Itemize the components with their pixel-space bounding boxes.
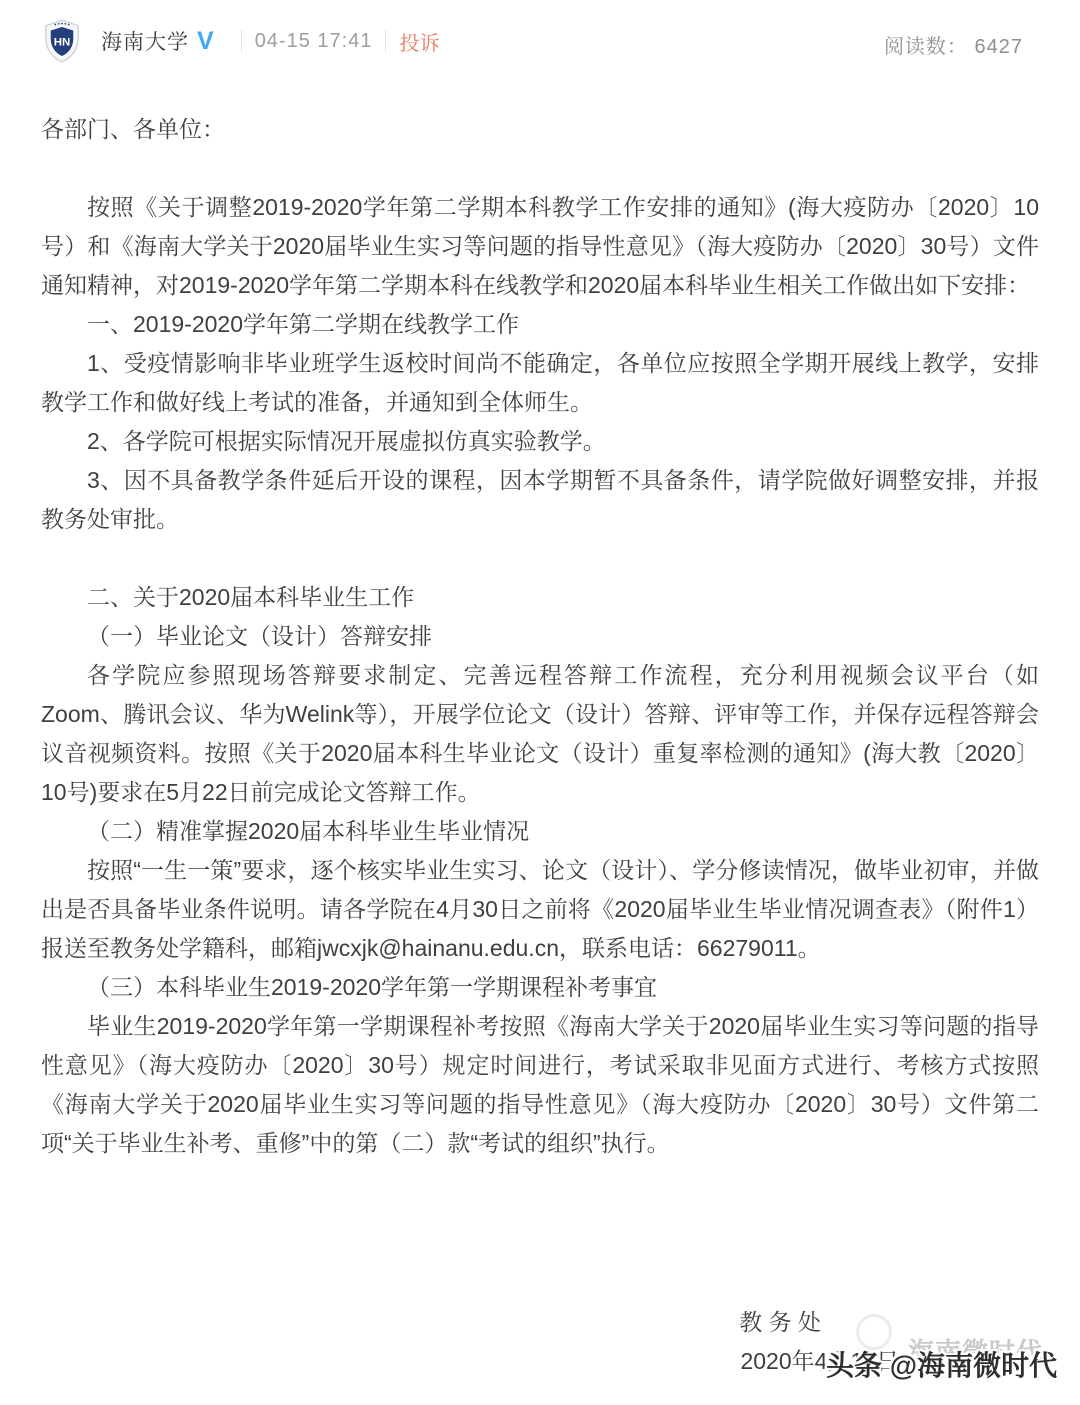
university-shield-icon: HN bbox=[43, 18, 81, 64]
read-count-value: 6427 bbox=[975, 36, 1024, 58]
report-link[interactable]: 投诉 bbox=[399, 27, 439, 56]
subsection-heading: （三）本科毕业生2019-2020学年第一学期课程补考事宜 bbox=[41, 968, 1039, 1007]
header-divider bbox=[241, 30, 242, 52]
paragraph: 按照《关于调整2019-2020学年第二学期本科教学工作安排的通知》(海大疫防办… bbox=[41, 188, 1039, 305]
account-logo[interactable]: HN bbox=[43, 18, 81, 64]
salutation: 各部门、各单位： bbox=[41, 110, 1039, 149]
signature-department: 教 务 处 bbox=[41, 1303, 1039, 1342]
subsection-heading: （一）毕业论文（设计）答辩安排 bbox=[41, 617, 1039, 656]
account-name[interactable]: 海南大学 bbox=[101, 26, 189, 56]
read-count-label: 阅读数： bbox=[884, 36, 968, 58]
publish-timestamp: 04-15 17:41 bbox=[255, 30, 373, 53]
paragraph: 2、各学院可根据实际情况开展虚拟仿真实验教学。 bbox=[41, 422, 1039, 461]
paragraph: 按照“一生一策”要求，逐个核实毕业生实习、论文（设计）、学分修读情况，做毕业初审… bbox=[41, 851, 1039, 968]
paragraph: 1、受疫情影响非毕业班学生返校时间尚不能确定，各单位应按照全学期开展线上教学，安… bbox=[41, 344, 1039, 422]
article-body: 各部门、各单位： 按照《关于调整2019-2020学年第二学期本科教学工作安排的… bbox=[41, 110, 1039, 1381]
paragraph: 毕业生2019-2020学年第一学期课程补考按照《海南大学关于2020届毕业生实… bbox=[41, 1007, 1039, 1163]
section-heading-2: 二、关于2020届本科毕业生工作 bbox=[41, 578, 1039, 617]
article-page: HN 海南大学 V 04-15 17:41 投诉 阅读数： 6427 各部门、各… bbox=[0, 0, 1080, 1405]
paragraph: 3、因不具备教学条件延后开设的课程，因本学期暂不具备条件，请学院做好调整安排，并… bbox=[41, 461, 1039, 539]
article-header: HN 海南大学 V 04-15 17:41 投诉 阅读数： 6427 bbox=[0, 0, 1080, 66]
section-heading-1: 一、2019-2020学年第二学期在线教学工作 bbox=[41, 305, 1039, 344]
svg-text:HN: HN bbox=[54, 36, 70, 48]
paragraph: 各学院应参照现场答辩要求制定、完善远程答辩工作流程，充分利用视频会议平台（如Zo… bbox=[41, 656, 1039, 812]
read-count: 阅读数： 6427 bbox=[884, 30, 1023, 59]
verified-badge-icon: V bbox=[197, 29, 214, 54]
subsection-heading: （二）精准掌握2020届本科毕业生毕业情况 bbox=[41, 812, 1039, 851]
signature-date: 2020年4月15日 bbox=[41, 1342, 1039, 1381]
header-divider bbox=[385, 30, 386, 52]
